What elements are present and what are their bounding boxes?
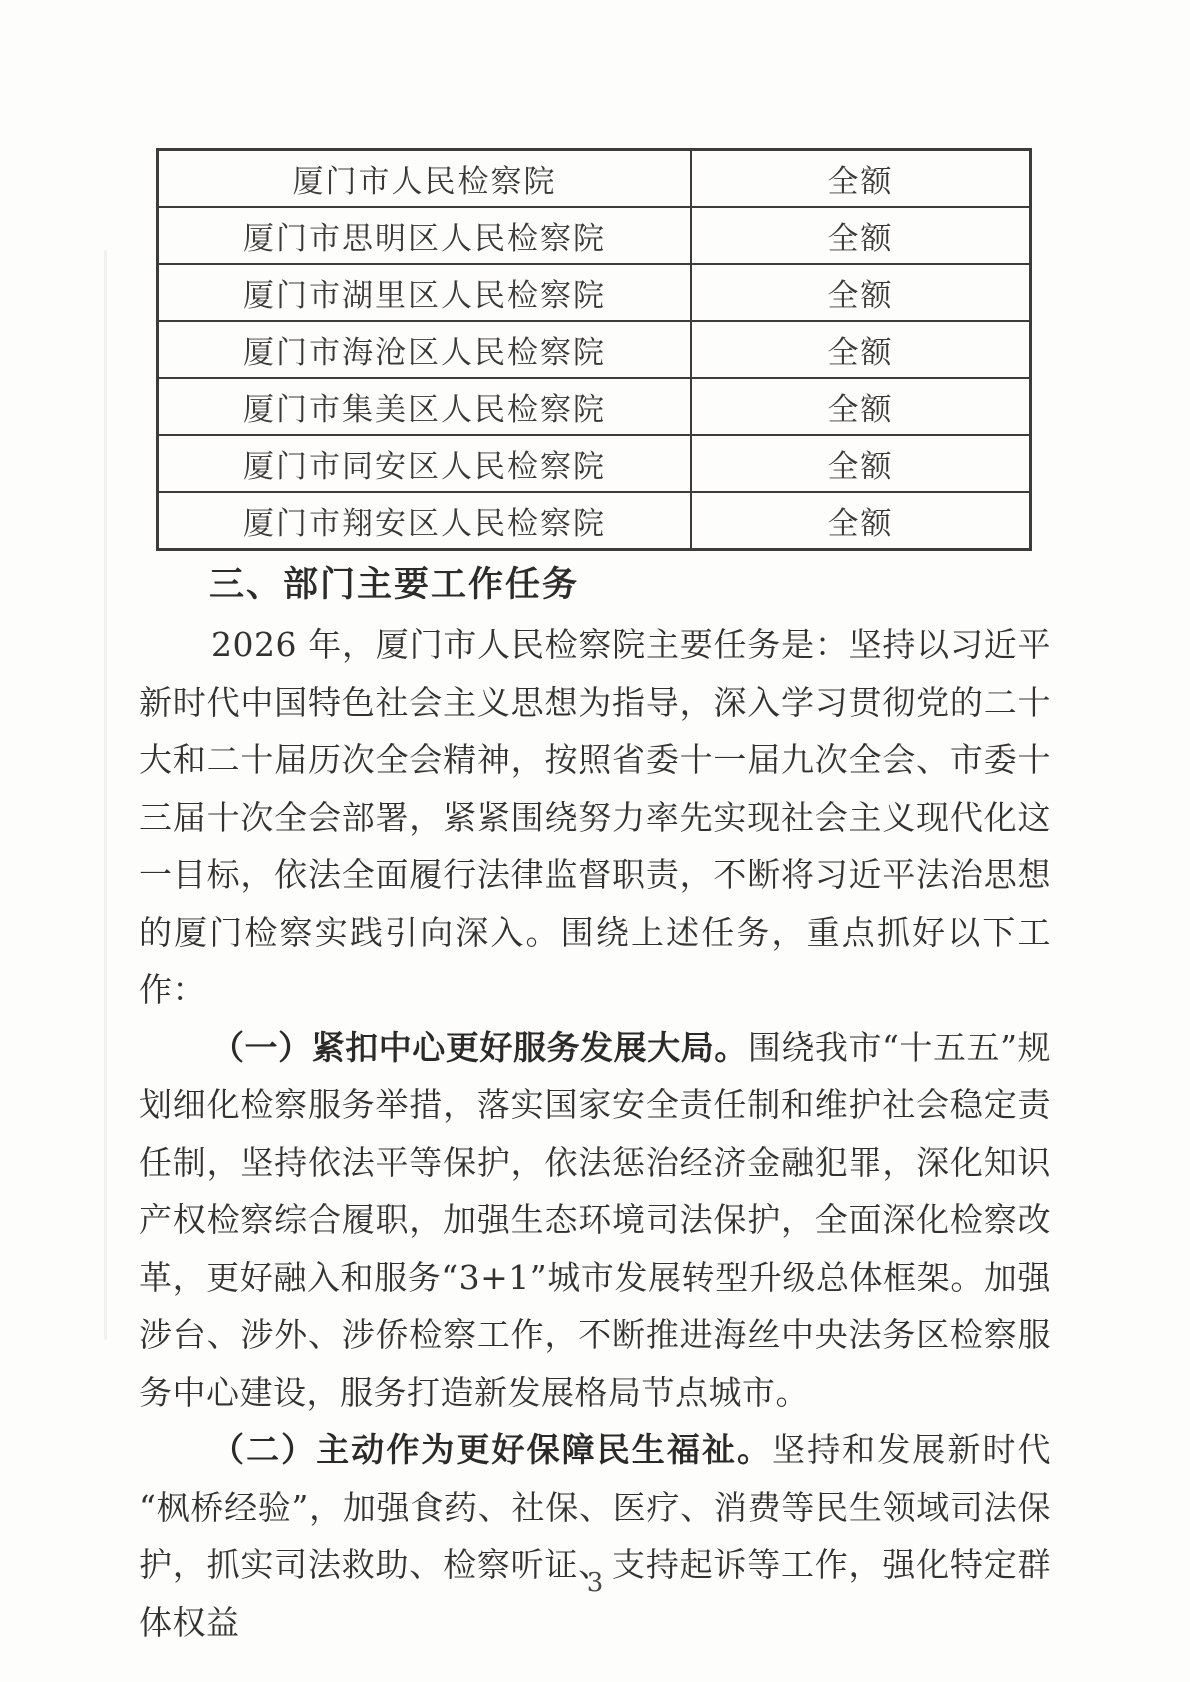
unit-name-cell: 厦门市集美区人民检察院 — [158, 378, 692, 435]
paragraph-text: 2026 年，厦门市人民检察院主要任务是：坚持以习近平新时代中国特色社会主义思想… — [139, 625, 1051, 1009]
funding-type-cell: 全额 — [691, 492, 1031, 550]
paragraph-lead: （二）主动作为更好保障民生福祉。 — [211, 1430, 772, 1469]
budget-allocation-table: 厦门市人民检察院 全额 厦门市思明区人民检察院 全额 厦门市湖里区人民检察院 全… — [156, 148, 1032, 551]
page-number: 3 — [0, 1568, 1190, 1598]
unit-name-cell: 厦门市翔安区人民检察院 — [158, 492, 692, 550]
funding-type-cell: 全额 — [691, 321, 1031, 378]
table-row: 厦门市集美区人民检察院 全额 — [158, 378, 1031, 435]
table-row: 厦门市海沧区人民检察院 全额 — [158, 321, 1031, 378]
unit-name-cell: 厦门市海沧区人民检察院 — [158, 321, 692, 378]
unit-name-cell: 厦门市思明区人民检察院 — [158, 207, 692, 264]
table-row: 厦门市人民检察院 全额 — [158, 150, 1031, 208]
document-page: 厦门市人民检察院 全额 厦门市思明区人民检察院 全额 厦门市湖里区人民检察院 全… — [0, 0, 1190, 1682]
paragraph-task-1: （一）紧扣中心更好服务发展大局。围绕我市“十五五”规划细化检察服务举措，落实国家… — [139, 1019, 1051, 1422]
funding-type-cell: 全额 — [691, 150, 1031, 208]
section-heading: 三、部门主要工作任务 — [209, 556, 1051, 614]
table-row: 厦门市翔安区人民检察院 全额 — [158, 492, 1031, 550]
paragraph-overview: 2026 年，厦门市人民检察院主要任务是：坚持以习近平新时代中国特色社会主义思想… — [139, 616, 1051, 1019]
unit-name-cell: 厦门市人民检察院 — [158, 150, 692, 208]
funding-type-cell: 全额 — [691, 435, 1031, 492]
funding-type-cell: 全额 — [691, 264, 1031, 321]
funding-type-cell: 全额 — [691, 207, 1031, 264]
table-row: 厦门市思明区人民检察院 全额 — [158, 207, 1031, 264]
paragraph-text: 围绕我市“十五五”规划细化检察服务举措，落实国家安全责任制和维护社会稳定责任制，… — [139, 1028, 1051, 1412]
table-row: 厦门市湖里区人民检察院 全额 — [158, 264, 1031, 321]
paragraph-task-2: （二）主动作为更好保障民生福祉。坚持和发展新时代“枫桥经验”，加强食药、社保、医… — [139, 1421, 1051, 1651]
table-row: 厦门市同安区人民检察院 全额 — [158, 435, 1031, 492]
budget-table-body: 厦门市人民检察院 全额 厦门市思明区人民检察院 全额 厦门市湖里区人民检察院 全… — [158, 150, 1031, 550]
funding-type-cell: 全额 — [691, 378, 1031, 435]
paragraph-lead: （一）紧扣中心更好服务发展大局。 — [211, 1028, 748, 1067]
unit-name-cell: 厦门市同安区人民检察院 — [158, 435, 692, 492]
unit-name-cell: 厦门市湖里区人民检察院 — [158, 264, 692, 321]
document-body: 三、部门主要工作任务 2026 年，厦门市人民检察院主要任务是：坚持以习近平新时… — [139, 556, 1051, 1651]
scan-artifact — [104, 250, 107, 1340]
